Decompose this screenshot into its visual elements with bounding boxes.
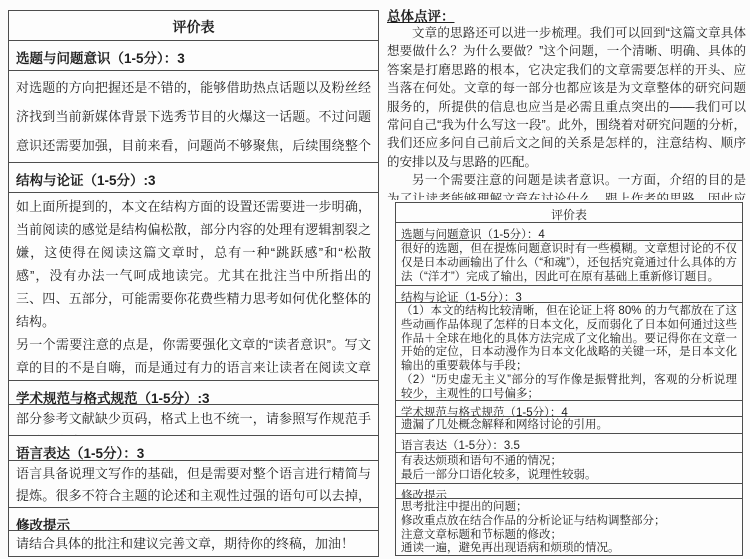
criterion-header-academic-format: 学术规范与格式规范（1-5分）:3: [9, 380, 378, 404]
overall-review-text: 文章的思路还可以进一步梳理。我们可以回到“这篇文章具体想要做什么？为什么要做？”…: [387, 24, 746, 200]
criterion-comment-topic: 很好的选题，但在提炼问题意识时有一些模糊。文章想讨论的不仅仅是日本动画输出了什么…: [396, 240, 742, 285]
criterion-comment-language: 语言具备说理文写作的基础，但是需要对整个语言进行精简与提炼。很多不符合主题的论述…: [9, 460, 378, 507]
criterion-header-topic: 选题与问题意识（1-5分）：4: [396, 222, 742, 240]
criterion-comment-academic-format: 部分参考文献缺少页码，格式上也不统一，请参照写作规范手册对照修改: [9, 404, 378, 435]
overall-review-heading: 总体点评：: [387, 5, 455, 25]
evaluation-table-left: 评价表 选题与问题意识（1-5分）：3 对选题的方向把握还是不错的，能够借助热点…: [8, 10, 379, 557]
criterion-header-language: 语言表达（1-5分）：3.5: [396, 433, 742, 452]
table-title: 评价表: [396, 203, 742, 222]
criterion-header-structure: 结构与论证（1-5分）：3: [396, 285, 742, 302]
criterion-header-structure: 结构与论证（1-5分）:3: [9, 162, 378, 192]
evaluation-table-right: 评价表 选题与问题意识（1-5分）：4 很好的选题，但在提炼问题意识时有一些模糊…: [395, 202, 743, 556]
criterion-header-topic: 选题与问题意识（1-5分）：3: [9, 40, 378, 70]
criterion-comment-language: 有表达烦琐和语句不通的情况； 最后一部分口语化较多，说理性较弱。: [396, 452, 742, 483]
criterion-header-language: 语言表达（1-5分）：3: [9, 435, 378, 460]
criterion-header-revision-tips: 修改提示: [9, 507, 378, 530]
criterion-comment-revision-tips: 请结合具体的批注和建议完善文章，期待你的终稿，加油！: [9, 530, 378, 556]
overall-review-paragraph: 另一个需要注意的问题是读者意识。一方面，介绍的目的是为了让读者能够理解文章在讨论…: [387, 171, 746, 200]
criterion-comment-academic-format: 遗漏了几处概念解释和网络讨论的引用。: [396, 416, 742, 433]
criterion-header-academic-format: 学术规范与格式规范（1-5分）：4: [396, 400, 742, 416]
criterion-comment-topic: 对选题的方向把握还是不错的，能够借助热点话题以及粉丝经济找到当前新媒体背景下选秀…: [9, 70, 378, 162]
criterion-comment-structure: 如上面所提到的，本文在结构方面的设置还需要进一步明确，当前阅读的感觉是结构偏松散…: [9, 192, 378, 380]
criterion-header-revision-tips: 修改提示: [396, 483, 742, 498]
table-title: 评价表: [9, 11, 378, 40]
overall-review-paragraph: 文章的思路还可以进一步梳理。我们可以回到“这篇文章具体想要做什么？为什么要做？”…: [387, 24, 746, 171]
criterion-comment-structure: （1）本文的结构比较清晰，但在论证上将 80% 的力气都放在了这些动画作品体现了…: [396, 302, 742, 400]
criterion-comment-revision-tips: 思考批注中提出的问题； 修改重点放在结合作品的分析论证与结构调整部分； 注意文章…: [396, 498, 742, 555]
